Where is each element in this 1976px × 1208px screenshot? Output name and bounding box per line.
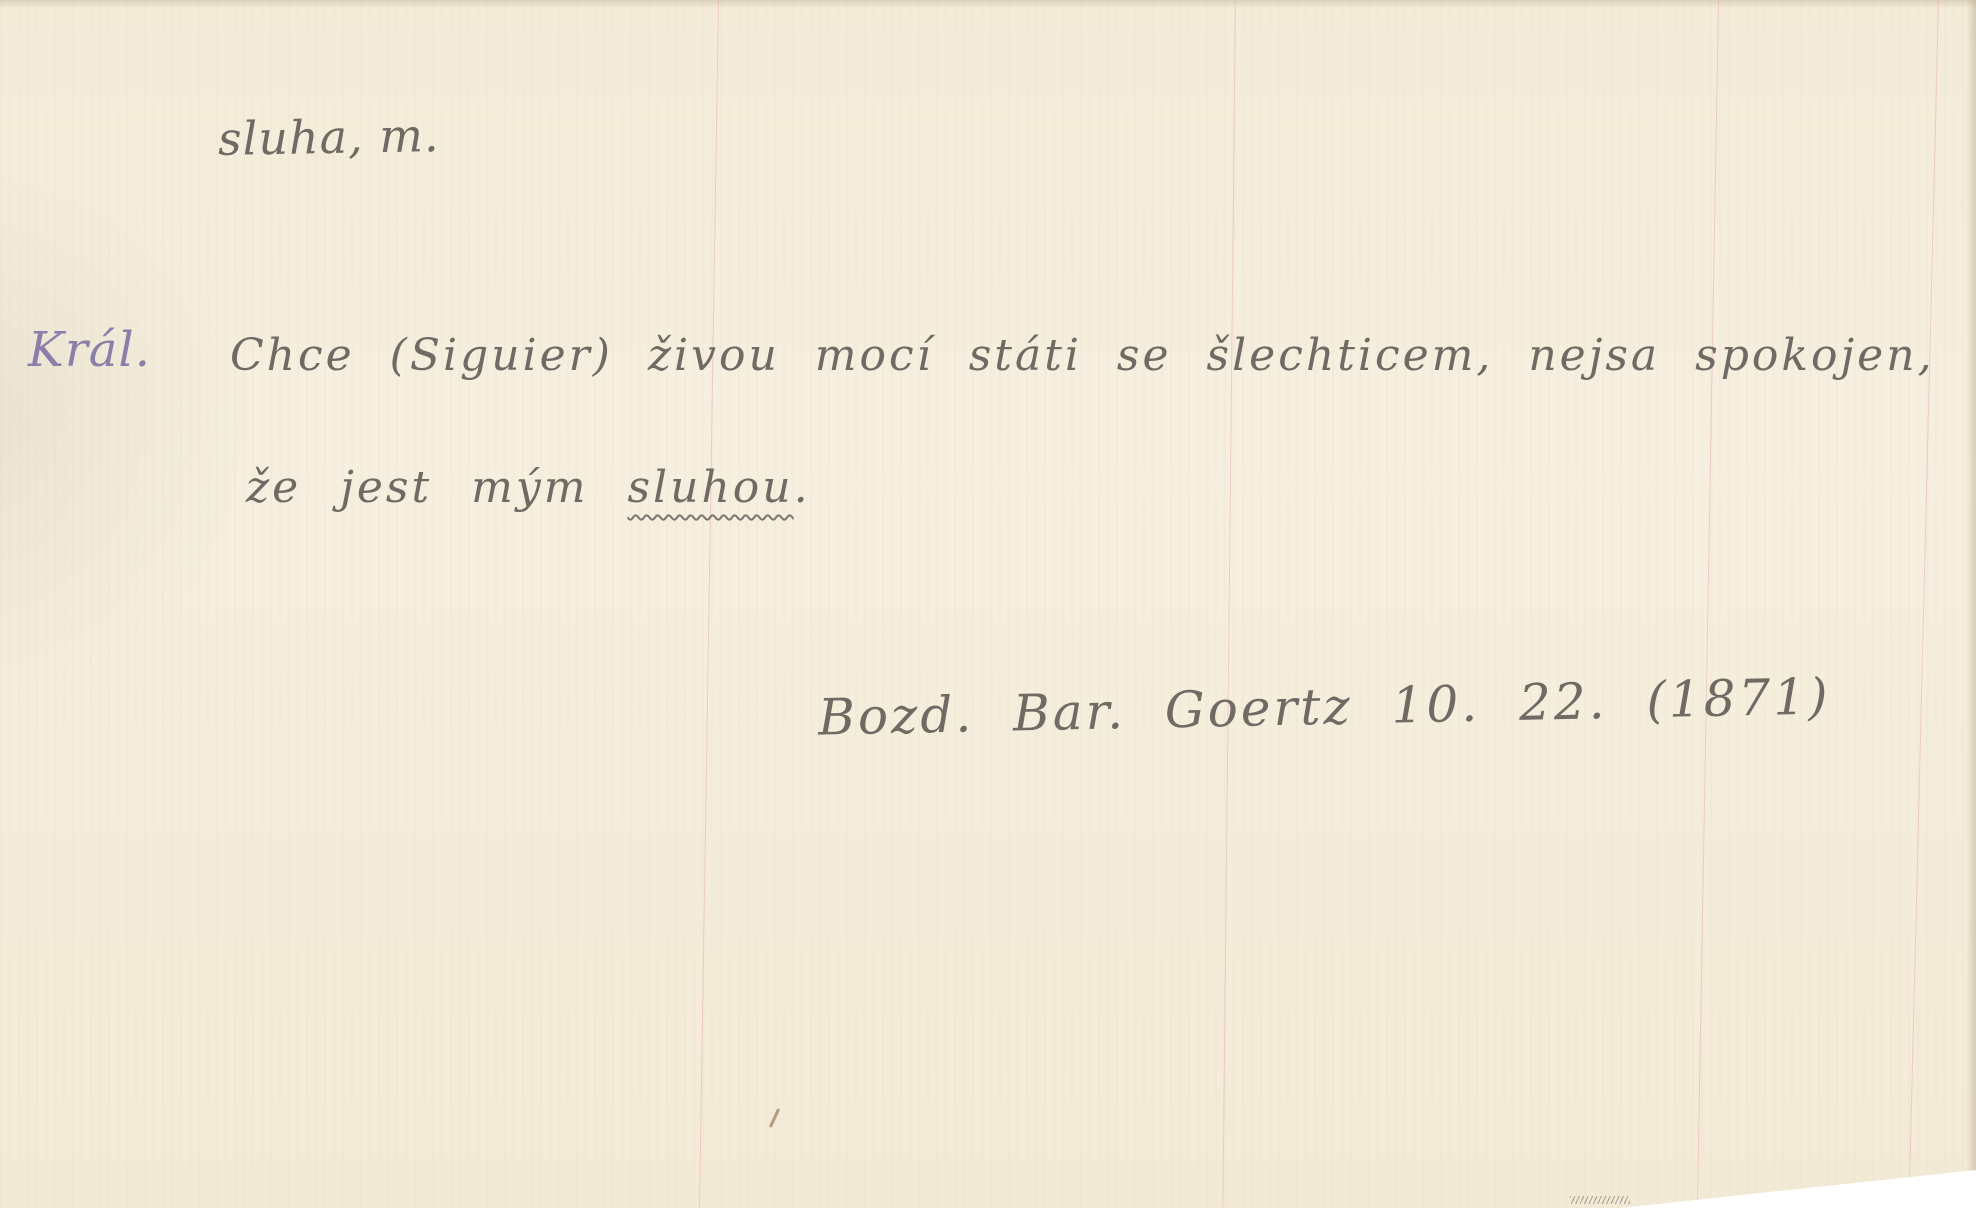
card-right-edge [1966, 0, 1976, 1208]
card-top-edge [0, 0, 1976, 8]
ruled-line [699, 0, 719, 1208]
lexicon-slip-card: sluha, m. Král. Chce (Siguier) živou moc… [0, 0, 1976, 1208]
headword: sluha, m. [218, 108, 440, 166]
bibliographic-citation: Bozd. Bar. Goertz 10. 22. (1871) [818, 667, 1832, 746]
card-corner-edge [1570, 1196, 1630, 1204]
quotation-text: že jest mým [246, 462, 588, 513]
quotation-line-2: že jest mým sluhou. [246, 462, 811, 513]
ruled-line [1697, 0, 1719, 1208]
quotation-line-1: Chce (Siguier) živou mocí státi se šlech… [230, 330, 1935, 381]
highlighted-headword-form: sluhou [627, 462, 793, 513]
ruled-line [1908, 0, 1939, 1208]
source-abbreviation: Král. [28, 322, 151, 378]
stray-pencil-mark [769, 1108, 780, 1127]
quotation-end-punct: . [794, 462, 811, 513]
ruled-line [1222, 0, 1236, 1208]
